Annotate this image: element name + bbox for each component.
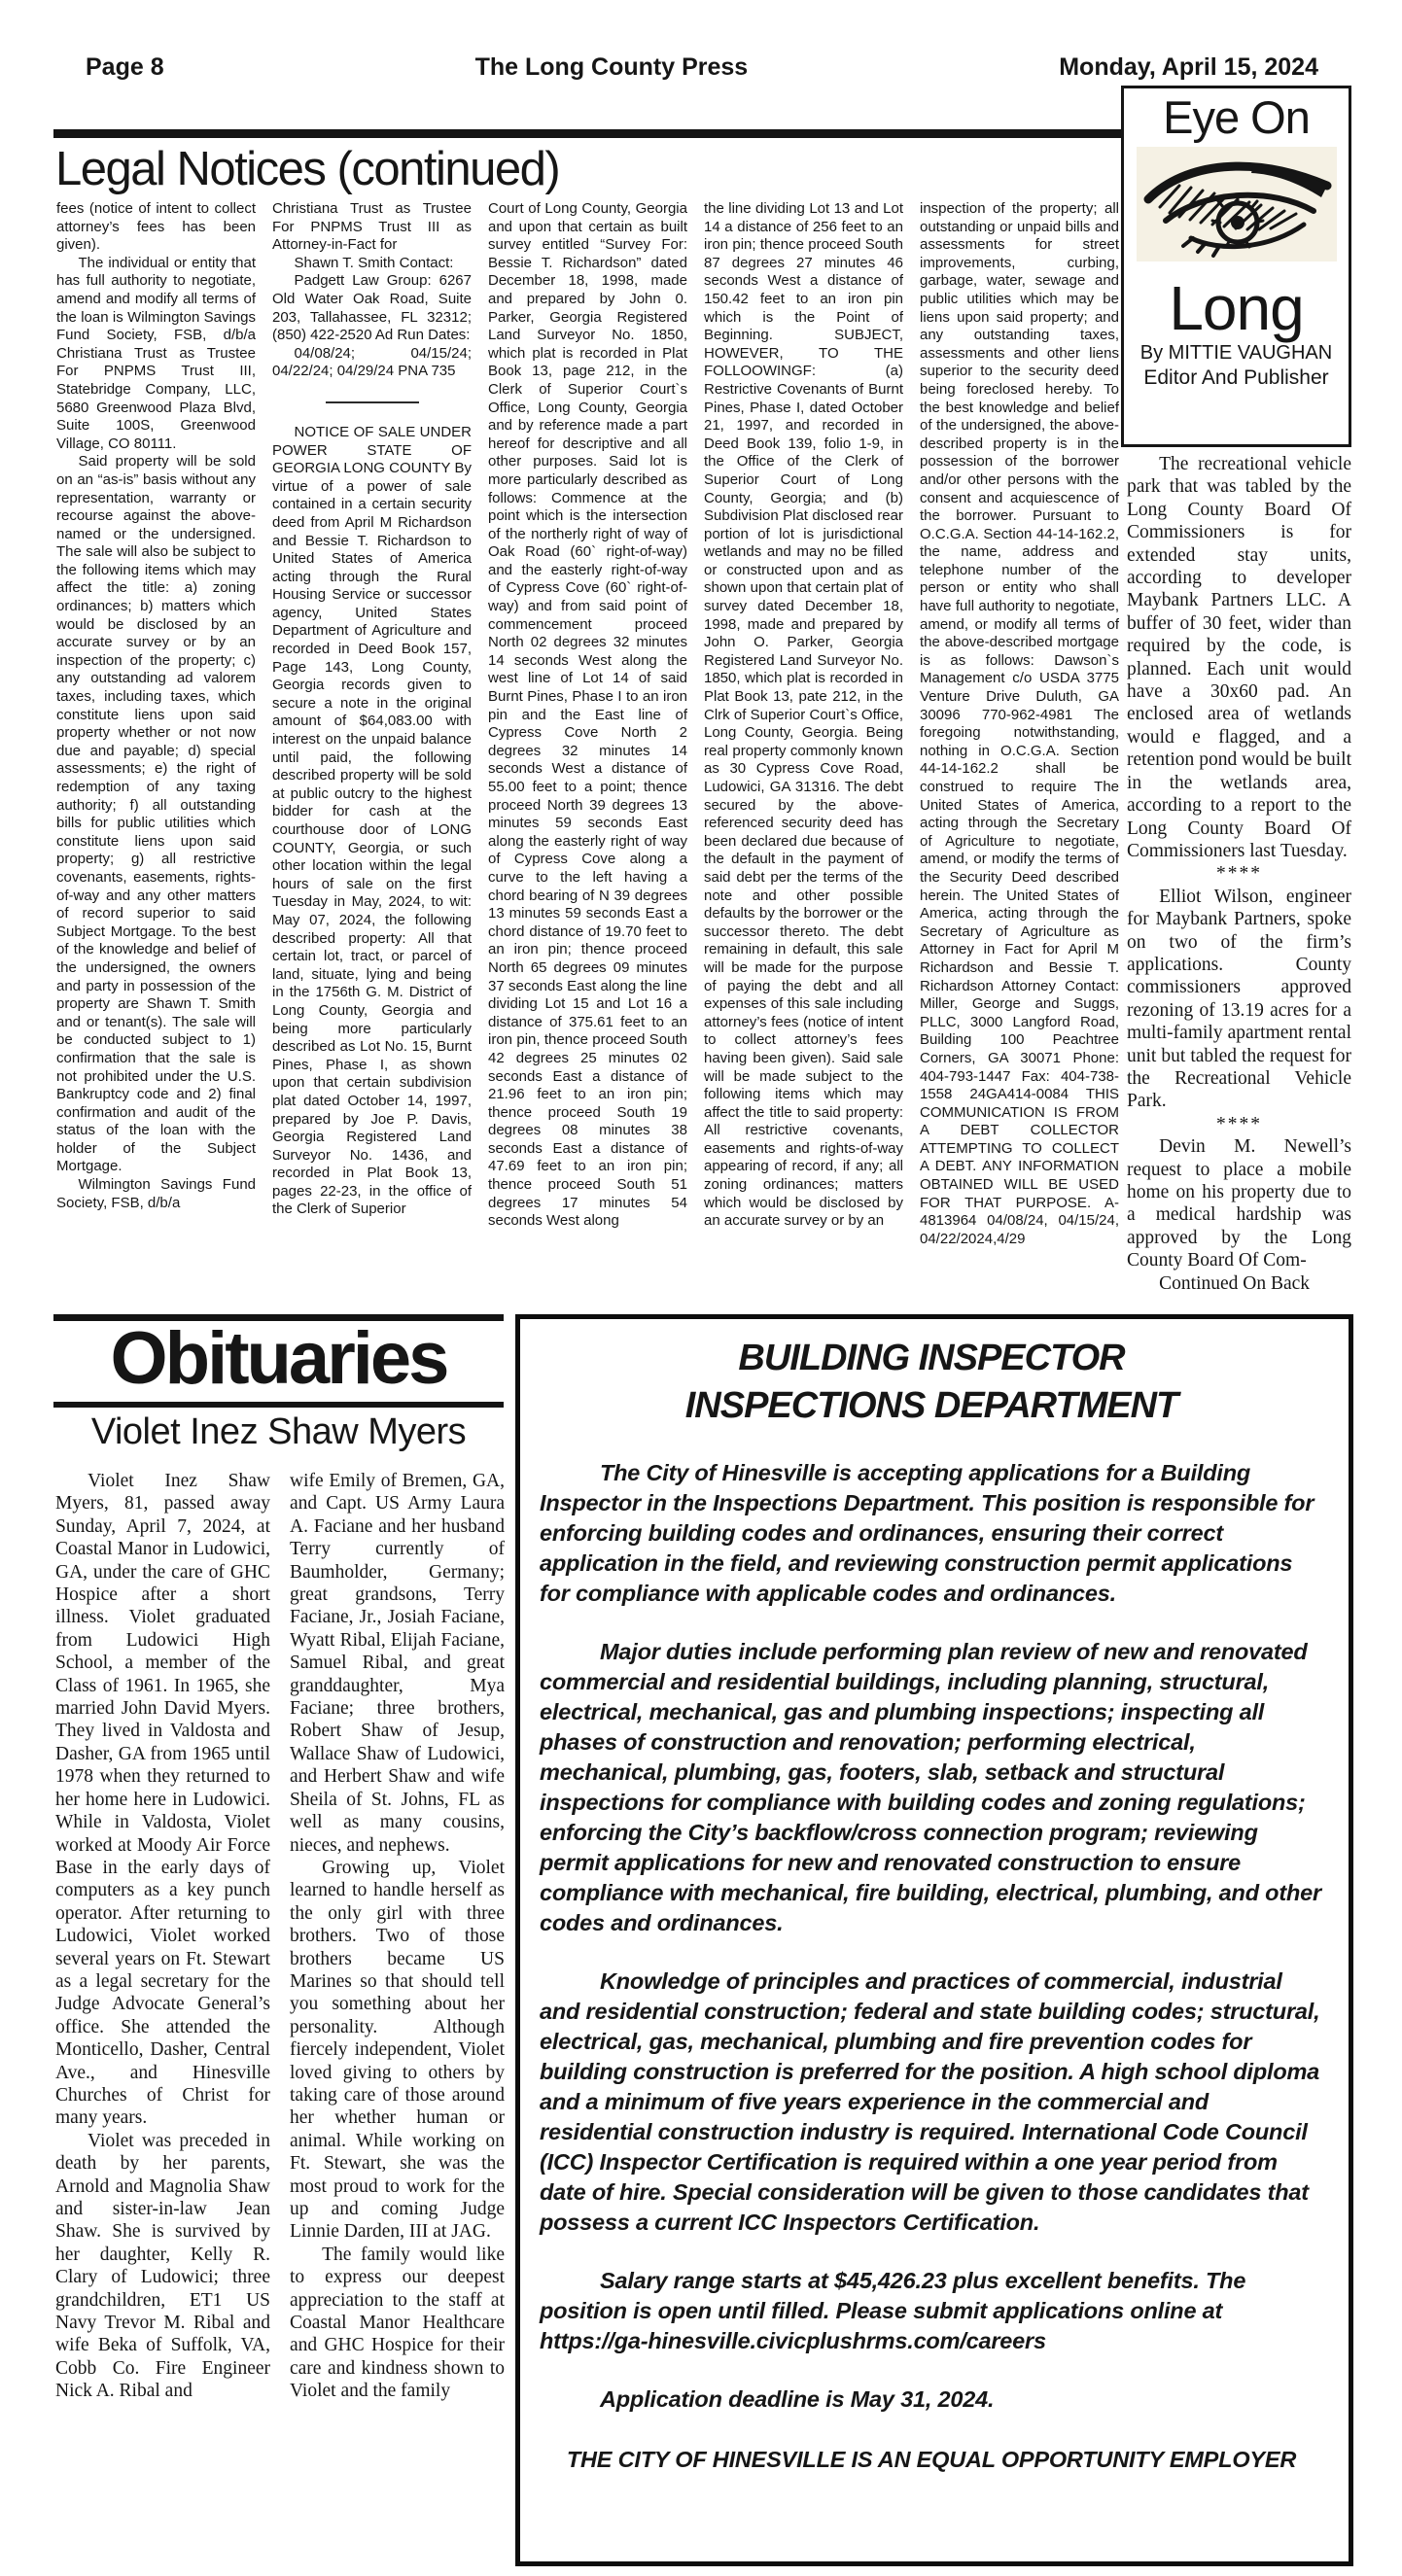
obituary-column-1: Violet Inez Shaw Myers, 81, passed away … bbox=[55, 1470, 270, 2531]
obituary-columns: Violet Inez Shaw Myers, 81, passed away … bbox=[55, 1470, 505, 2531]
obituaries-rule-bottom bbox=[53, 1402, 504, 1408]
legal-notices-title: Legal Notices (continued) bbox=[55, 142, 559, 196]
legal-column-2: Christiana Trust as Trustee For PNPMS Tr… bbox=[272, 200, 472, 1308]
eye-box-title-main: Long bbox=[1124, 279, 1349, 338]
eye-box-byline-role: Editor And Publisher bbox=[1124, 366, 1349, 390]
newspaper-page: Page 8 The Long County Press Monday, Apr… bbox=[0, 0, 1402, 2576]
eye-box-byline: By MITTIE VAUGHAN bbox=[1124, 341, 1349, 366]
job-ad-box: BUILDING INSPECTOR INSPECTIONS DEPARTMEN… bbox=[515, 1314, 1353, 2566]
legal-column-3: Court of Long County, Georgia and upon t… bbox=[488, 200, 687, 1308]
job-ad-title-line1: BUILDING INSPECTOR bbox=[540, 1335, 1323, 1382]
page-number: Page 8 bbox=[86, 53, 164, 82]
eye-on-long-box: Eye On Long By MITTIE VAUGHAN Editor And… bbox=[1121, 86, 1351, 447]
job-ad-title-line2: INSPECTIONS DEPARTMENT bbox=[540, 1382, 1323, 1430]
issue-date: Monday, April 15, 2024 bbox=[1059, 53, 1318, 82]
page-header: Page 8 The Long County Press Monday, Apr… bbox=[86, 53, 1318, 82]
obituary-name: Violet Inez Shaw Myers bbox=[53, 1411, 504, 1453]
legal-column-4: the line dividing Lot 13 and Lot 14 a di… bbox=[704, 200, 903, 1308]
eye-box-title-top: Eye On bbox=[1124, 92, 1349, 143]
obituary-column-2: wife Emily of Bremen, GA, and Capt. US A… bbox=[290, 1470, 505, 2531]
eye-illustration bbox=[1137, 147, 1337, 261]
legal-column-5: inspection of the property; all outstand… bbox=[920, 200, 1119, 1308]
notice-divider bbox=[326, 401, 419, 403]
job-ad-body: The City of Hinesville is accepting appl… bbox=[540, 1458, 1323, 2415]
county-news-column: The recreational vehicle park that was t… bbox=[1127, 453, 1351, 1314]
job-ad-footer: THE CITY OF HINESVILLE IS AN EQUAL OPPOR… bbox=[540, 2445, 1323, 2475]
paper-title: The Long County Press bbox=[475, 53, 749, 82]
legal-notices-columns: fees (notice of intent to collect attorn… bbox=[56, 200, 1120, 1308]
job-ad-title: BUILDING INSPECTOR INSPECTIONS DEPARTMEN… bbox=[540, 1335, 1323, 1430]
obituaries-title: Obituaries bbox=[53, 1319, 504, 1399]
legal-column-2-top: Christiana Trust as Trustee For PNPMS Tr… bbox=[272, 200, 472, 381]
legal-column-2-bottom: NOTICE OF SALE UNDER POWER STATE OF GEOR… bbox=[272, 424, 472, 1219]
legal-column-1: fees (notice of intent to collect attorn… bbox=[56, 200, 256, 1308]
